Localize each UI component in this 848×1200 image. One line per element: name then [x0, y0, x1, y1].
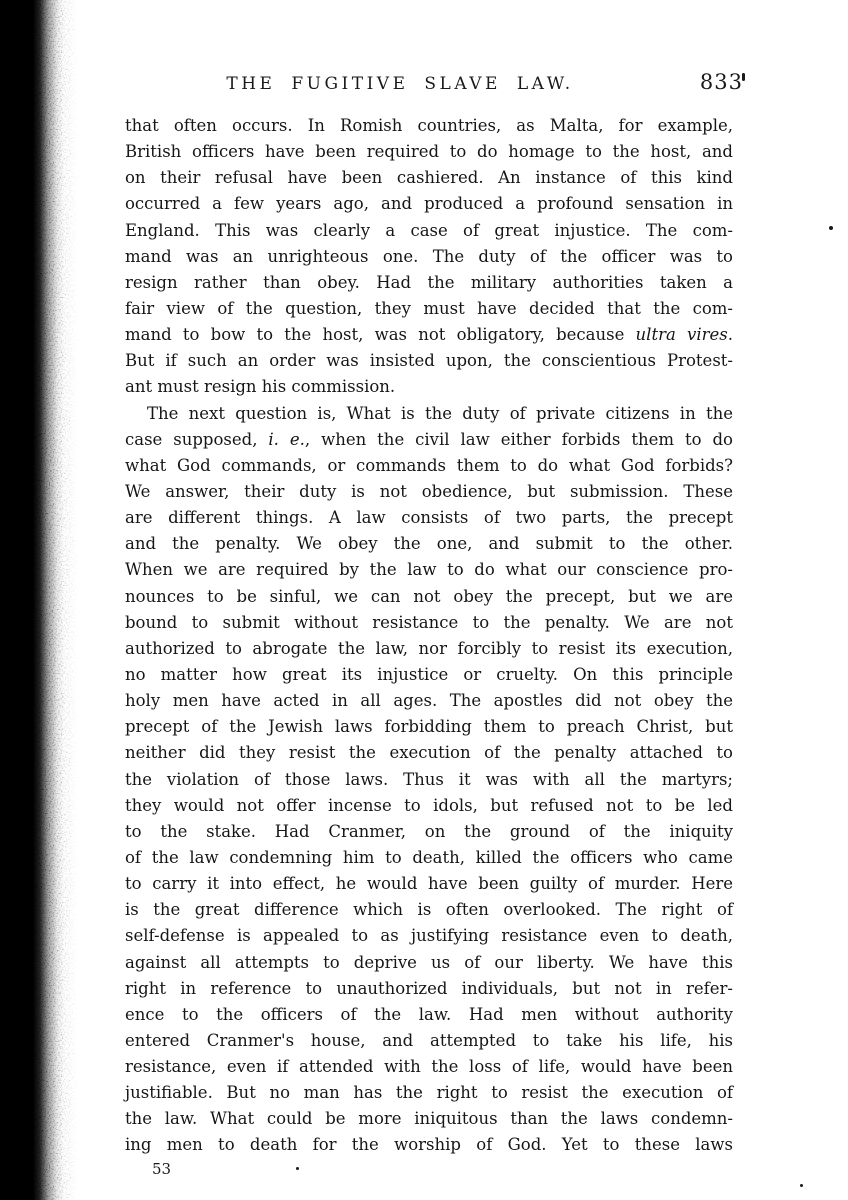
scan-speck: [829, 226, 833, 230]
text-line: of the law condemning him to death, kill…: [125, 845, 733, 871]
text-line: ence to the officers of the law. Had men…: [125, 1002, 733, 1028]
scan-speck: [800, 1184, 803, 1187]
text-line: British officers have been required to d…: [125, 139, 733, 165]
scan-gutter-shadow: [0, 0, 64, 1200]
text-line: fair view of the question, they must hav…: [125, 296, 733, 322]
text-line: is the great difference which is often o…: [125, 897, 733, 923]
text-line: what God commands, or commands them to d…: [125, 453, 733, 479]
text-line: they would not offer incense to idols, b…: [125, 793, 733, 819]
text-line: But if such an order was insisted upon, …: [125, 348, 733, 374]
text-line: the law. What could be more iniquitous t…: [125, 1106, 733, 1132]
text-line: ing men to death for the worship of God.…: [125, 1132, 733, 1158]
text-line: and the penalty. We obey the one, and su…: [125, 531, 733, 557]
text-line: We answer, their duty is not obedience, …: [125, 479, 733, 505]
text-line: England. This was clearly a case of grea…: [125, 218, 733, 244]
text-line: the violation of those laws. Thus it was…: [125, 767, 733, 793]
text-line: justifiable. But no man has the right to…: [125, 1080, 733, 1106]
text-line: neither did they resist the execution of…: [125, 740, 733, 766]
text-line: to the stake. Had Cranmer, on the ground…: [125, 819, 733, 845]
text-line: bound to submit without resistance to th…: [125, 610, 733, 636]
text-line: mand to bow to the host, was not obligat…: [125, 322, 733, 348]
text-line: authorized to abrogate the law, nor forc…: [125, 636, 733, 662]
signature-mark: 53: [152, 1160, 171, 1178]
text-line: precept of the Jewish laws forbidding th…: [125, 714, 733, 740]
text-line: entered Cranmer's house, and attempted t…: [125, 1028, 733, 1054]
text-line: mand was an unrighteous one. The duty of…: [125, 244, 733, 270]
text-line: resistance, even if attended with the lo…: [125, 1054, 733, 1080]
text-line: The next question is, What is the duty o…: [125, 401, 733, 427]
text-line: ant must resign his commission.: [125, 374, 733, 400]
body-text: that often occurs. In Romish countries, …: [125, 113, 733, 1159]
page-number: 833: [700, 70, 743, 94]
text-line: no matter how great its injustice or cru…: [125, 662, 733, 688]
scan-speck: [296, 1167, 299, 1170]
text-line: When we are required by the law to do wh…: [125, 557, 733, 583]
text-line: occurred a few years ago, and produced a…: [125, 191, 733, 217]
page-header: THE FUGITIVE SLAVE LAW. 833: [125, 70, 745, 100]
text-line: right in reference to unauthorized indiv…: [125, 976, 733, 1002]
text-line: on their refusal have been cashiered. An…: [125, 165, 733, 191]
text-line: self-defense is appealed to as justifyin…: [125, 923, 733, 949]
scan-speck: [742, 73, 745, 81]
text-line: against all attempts to deprive us of ou…: [125, 950, 733, 976]
book-page: THE FUGITIVE SLAVE LAW. 833 that often o…: [0, 0, 848, 1200]
text-line: case supposed, i. e., when the civil law…: [125, 427, 733, 453]
running-title: THE FUGITIVE SLAVE LAW.: [125, 74, 675, 94]
text-line: holy men have acted in all ages. The apo…: [125, 688, 733, 714]
text-line: are different things. A law consists of …: [125, 505, 733, 531]
text-line: nounces to be sinful, we can not obey th…: [125, 584, 733, 610]
text-line: resign rather than obey. Had the militar…: [125, 270, 733, 296]
text-line: that often occurs. In Romish countries, …: [125, 113, 733, 139]
text-line: to carry it into effect, he would have b…: [125, 871, 733, 897]
